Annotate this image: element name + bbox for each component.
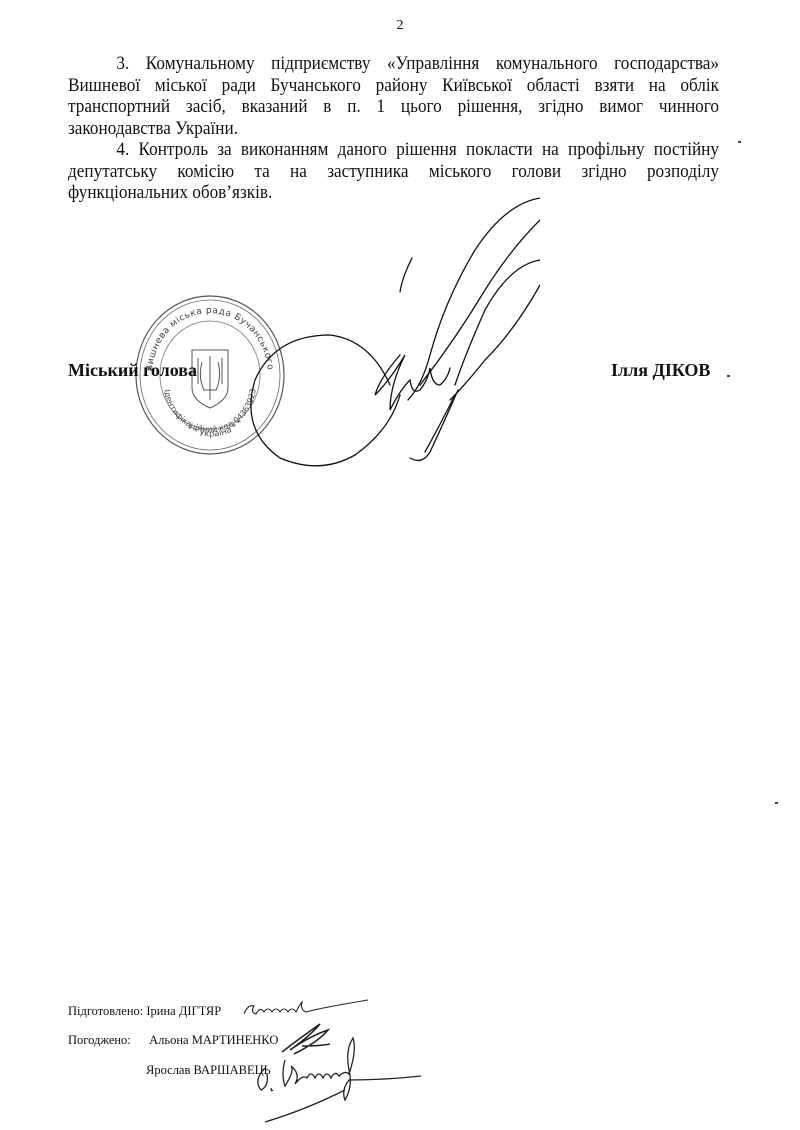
- paragraph-line: законодавства України.: [68, 119, 719, 141]
- prepared-label: Підготовлено:: [68, 1004, 143, 1018]
- paragraph-line: транспортний засіб, вказаний в п. 1 цьог…: [68, 97, 719, 119]
- paragraph-3: 3. Комунальному підприємству «Управління…: [68, 54, 719, 140]
- prepared-name: Ірина ДІГТЯР: [146, 1004, 221, 1018]
- scan-speck: [727, 375, 730, 377]
- agreed-label: Погоджено:: [68, 1033, 146, 1048]
- scan-speck: [775, 802, 778, 804]
- prepared-signature: [240, 998, 370, 1020]
- paragraph-line: депутатську комісію та на заступника міс…: [68, 162, 719, 184]
- paragraph-line: Вишневої міської ради Бучанського району…: [68, 76, 719, 98]
- trident-icon: [192, 350, 228, 408]
- scan-speck: [738, 141, 741, 143]
- paragraph-line: 3. Комунальному підприємству «Управління…: [68, 54, 719, 76]
- signature-title: Міський голова: [68, 360, 197, 381]
- page-number: 2: [0, 18, 800, 34]
- agreed-signature-2: [245, 1030, 425, 1125]
- prepared-by: Підготовлено: Ірина ДІГТЯР: [68, 1004, 221, 1019]
- signatory-name: Ілля ДІКОВ: [611, 360, 710, 381]
- handwritten-signature: [240, 190, 540, 480]
- paragraph-line: 4. Контроль за виконанням даного рішення…: [68, 140, 719, 162]
